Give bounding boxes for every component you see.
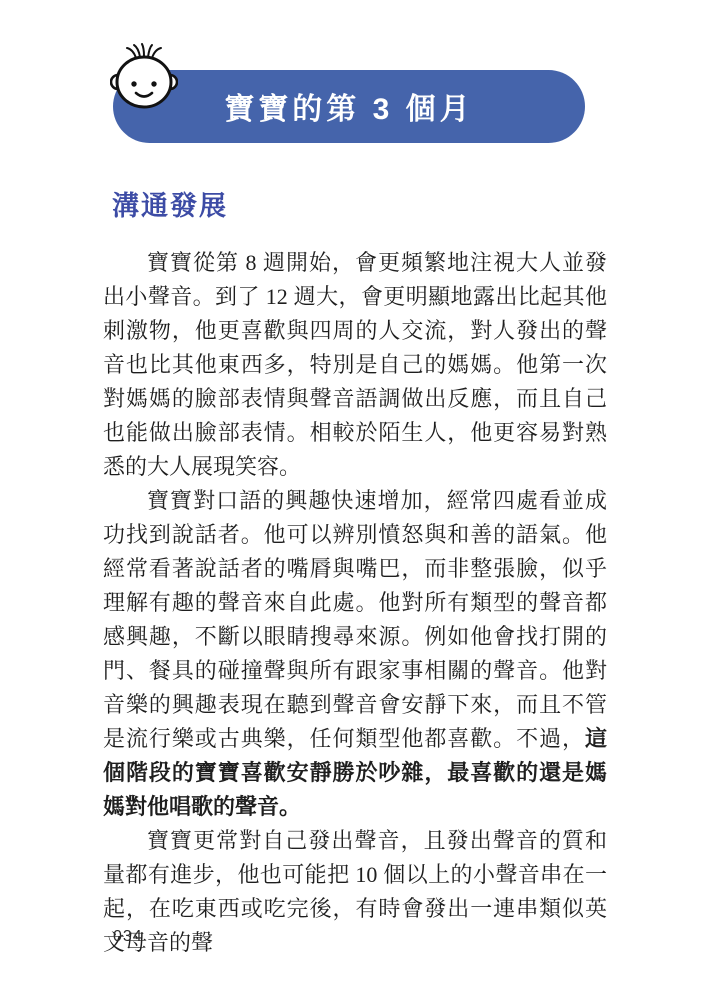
body-text: 寶寶從第 8 週開始，會更頻繁地注視大人並發出小聲音。到了 12 週大，會更明顯… — [103, 246, 607, 960]
paragraph-2-text: 寶寶對口語的興趣快速增加，經常四處看並成功找到說話者。他可以辨別憤怒與和善的語氣… — [103, 488, 607, 751]
book-page: 寶寶的第 3 個月 溝通發展 寶寶從第 8 週開始，會更頻繁地注視大人並發出小聲… — [0, 0, 711, 1000]
paragraph-2: 寶寶對口語的興趣快速增加，經常四處看並成功找到說話者。他可以辨別憤怒與和善的語氣… — [103, 484, 607, 824]
baby-face-icon — [110, 43, 178, 111]
paragraph-1-text: 寶寶從第 8 週開始，會更頻繁地注視大人並發出小聲音。到了 12 週大，會更明顯… — [103, 250, 607, 479]
chapter-banner: 寶寶的第 3 個月 — [113, 70, 585, 143]
paragraph-3-text: 寶寶更常對自己發出聲音，且發出聲音的質和量都有進步，他也可能把 10 個以上的小… — [103, 828, 607, 955]
paragraph-1: 寶寶從第 8 週開始，會更頻繁地注視大人並發出小聲音。到了 12 週大，會更明顯… — [103, 246, 607, 484]
page-number: 034 — [113, 928, 143, 946]
paragraph-3: 寶寶更常對自己發出聲音，且發出聲音的質和量都有進步，他也可能把 10 個以上的小… — [103, 824, 607, 960]
chapter-banner-title: 寶寶的第 3 個月 — [224, 84, 473, 130]
section-heading: 溝通發展 — [112, 184, 228, 223]
